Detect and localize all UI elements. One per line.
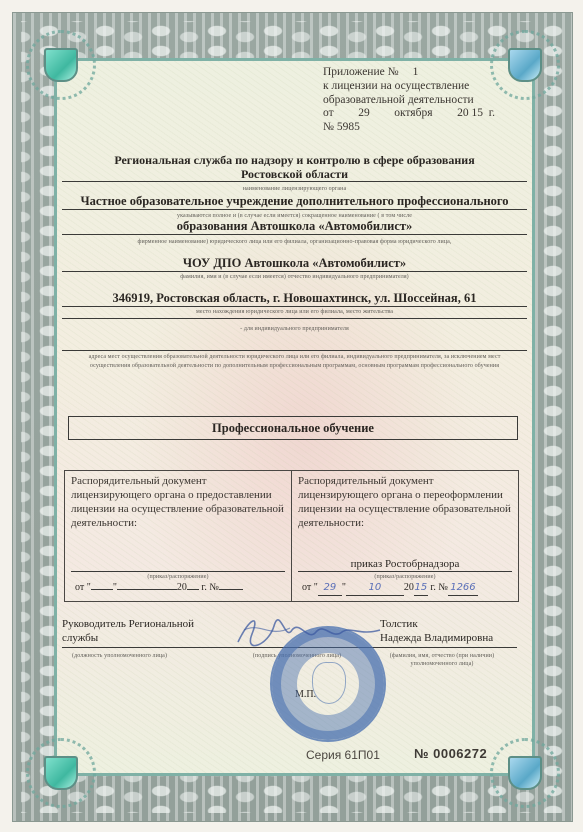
organization-full-name-line2: образования Автошкола «Автомобилист»	[62, 219, 527, 235]
issue-document-caption: (приказ/распоряжение)	[65, 573, 291, 581]
reissue-document-title: Распорядительный документ лицензирующего…	[298, 474, 512, 530]
reissue-document-value: приказ Ростобрнадзора	[298, 557, 512, 572]
license-number: № 5985	[323, 121, 503, 135]
reissue-document-caption: (приказ/распоряжение)	[292, 573, 518, 581]
licensing-authority: Региональная служба по надзору и контрол…	[62, 153, 527, 182]
appendix-date: от 29 октября 20 15 г.	[323, 107, 495, 121]
caption-org-2: фирменное наименование) юридического лиц…	[62, 238, 527, 246]
caption-places: адреса мест осуществления образовательно…	[62, 353, 527, 371]
appendix-number-row: Приложение № 1	[323, 66, 503, 80]
caption-position: (должность уполномоченного лица)	[72, 652, 167, 660]
signatory-name: Толстик Надежда Владимировна	[380, 617, 493, 645]
signatory-surname: Толстик	[380, 617, 493, 631]
organization-address: 346919, Ростовская область, г. Новошахти…	[62, 291, 527, 307]
caption-authority: наименование лицензирующего органа	[62, 185, 527, 193]
issue-document-date: от ""20 г. №	[75, 581, 285, 595]
issue-document-title: Распорядительный документ лицензирующего…	[71, 474, 285, 530]
issue-document-value	[71, 557, 285, 572]
caption-entrepreneur: - для индивидуального предпринимателя	[62, 325, 527, 333]
caption-org-3: фамилия, имя и (в случае если имеется) о…	[62, 273, 527, 281]
form-number: № 0006272	[414, 746, 487, 761]
appendix-header: Приложение № 1 к лицензии на осуществлен…	[323, 66, 503, 135]
documents-table: Распорядительный документ лицензирующего…	[64, 470, 519, 602]
form-series: Серия 61П01	[306, 748, 380, 762]
caption-name: (фамилия, имя, отчество (при наличии) уп…	[372, 652, 512, 668]
handwritten-signature-icon	[230, 612, 390, 652]
reissue-document-cell: Распорядительный документ лицензирующего…	[291, 471, 518, 601]
appendix-line-2: к лицензии на осуществление	[323, 80, 503, 94]
appendix-line-3: образовательной деятельности	[323, 94, 503, 108]
blank-line	[62, 350, 527, 351]
appendix-number: 1	[401, 66, 429, 80]
program-box: Профессиональное обучение	[68, 416, 518, 440]
issue-document-cell: Распорядительный документ лицензирующего…	[65, 471, 291, 601]
organization-short-name: ЧОУ ДПО Автошкола «Автомобилист»	[62, 256, 527, 272]
caption-address: место нахождения юридического лица или е…	[62, 308, 527, 316]
signatory-given-names: Надежда Владимировна	[380, 631, 493, 645]
program-title: Профессиональное обучение	[212, 421, 374, 436]
signatory-position: Руководитель Региональной службы	[62, 617, 212, 645]
blank-line	[62, 318, 527, 319]
reissue-document-date: от "29"102015 г. №1266	[302, 581, 512, 596]
organization-full-name-line1: Частное образовательное учреждение допол…	[62, 194, 527, 210]
